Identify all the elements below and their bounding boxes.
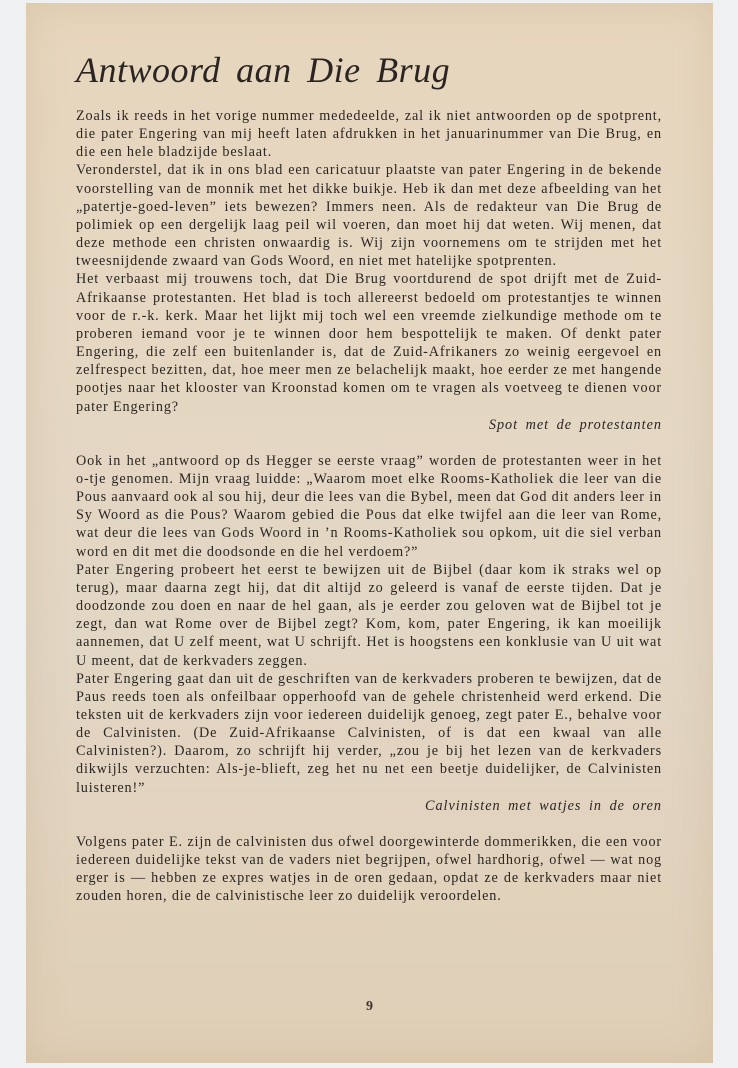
paragraph-question: Ook in het „antwoord op ds Hegger se eer… <box>76 452 662 561</box>
article-body: Zoals ik reeds in het vorige nummer mede… <box>76 107 662 906</box>
paragraph-conclusion: Volgens pater E. zijn de calvinisten dus… <box>76 833 662 906</box>
paragraph-intro: Zoals ik reeds in het vorige nummer mede… <box>76 107 662 161</box>
document-page: Antwoord aan Die Brug Zoals ik reeds in … <box>26 3 713 1063</box>
paragraph-bible: Pater Engering probeert het eerst te bew… <box>76 561 662 670</box>
article-title: Antwoord aan Die Brug <box>76 49 450 91</box>
paragraph-church-fathers: Pater Engering gaat dan uit de geschrift… <box>76 670 662 797</box>
section-gap <box>76 815 662 833</box>
section-gap <box>76 434 662 452</box>
paragraph-caricature: Veronderstel, dat ik in ons blad een car… <box>76 161 662 270</box>
subheading-spot: Spot met de protestanten <box>76 416 662 434</box>
subheading-calvinists: Calvinisten met watjes in de oren <box>76 797 662 815</box>
page-number: 9 <box>26 999 713 1015</box>
paragraph-mockery: Het verbaast mij trouwens toch, dat Die … <box>76 270 662 415</box>
